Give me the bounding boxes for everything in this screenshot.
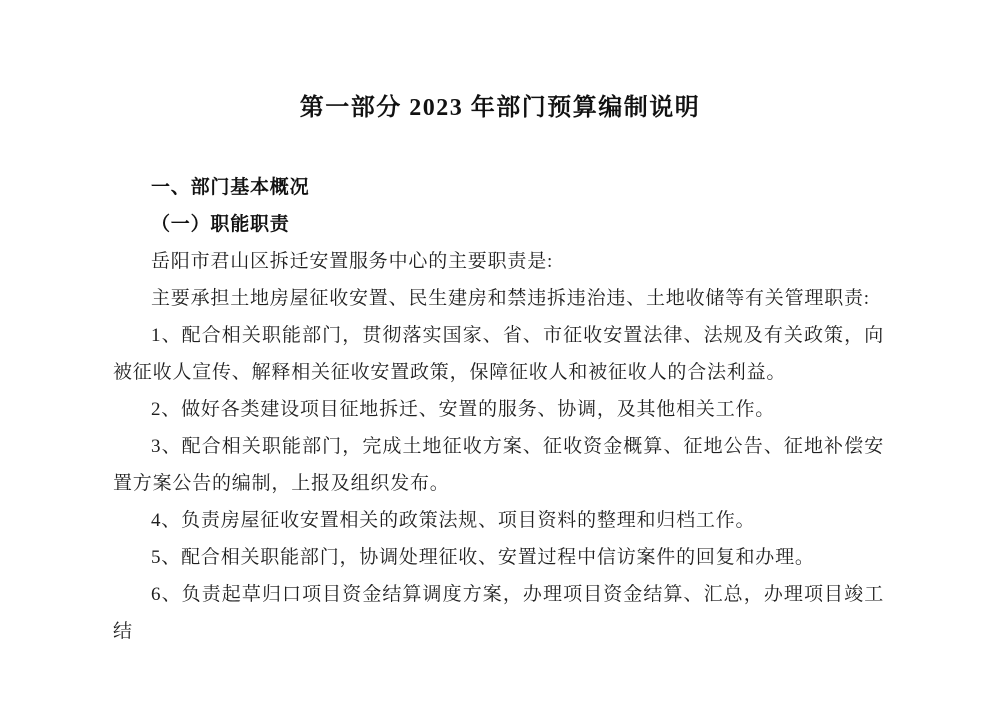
paragraph-duty-4: 4、负责房屋征收安置相关的政策法规、项目资料的整理和归档工作。 xyxy=(113,502,884,539)
section-heading-department-overview: 一、部门基本概况 xyxy=(113,169,884,206)
document-body: 一、部门基本概况 （一）职能职责 岳阳市君山区拆迁安置服务中心的主要职责是: 主… xyxy=(113,169,884,650)
document-title: 第一部分 2023 年部门预算编制说明 xyxy=(0,93,1000,123)
paragraph-duty-2: 2、做好各类建设项目征地拆迁、安置的服务、协调，及其他相关工作。 xyxy=(113,391,884,428)
document-page: 第一部分 2023 年部门预算编制说明 一、部门基本概况 （一）职能职责 岳阳市… xyxy=(0,0,1000,706)
paragraph-duty-1: 1、配合相关职能部门，贯彻落实国家、省、市征收安置法律、法规及有关政策，向被征收… xyxy=(113,317,884,391)
subsection-heading-duties: （一）职能职责 xyxy=(113,206,884,243)
paragraph-duty-6: 6、负责起草归口项目资金结算调度方案，办理项目资金结算、汇总，办理项目竣工结 xyxy=(113,576,884,650)
paragraph-duty-5: 5、配合相关职能部门，协调处理征收、安置过程中信访案件的回复和办理。 xyxy=(113,539,884,576)
paragraph-intro-responsibility: 岳阳市君山区拆迁安置服务中心的主要职责是: xyxy=(113,243,884,280)
paragraph-main-duties: 主要承担土地房屋征收安置、民生建房和禁违拆违治违、土地收储等有关管理职责: xyxy=(113,280,884,317)
paragraph-duty-3: 3、配合相关职能部门，完成土地征收方案、征收资金概算、征地公告、征地补偿安置方案… xyxy=(113,428,884,502)
